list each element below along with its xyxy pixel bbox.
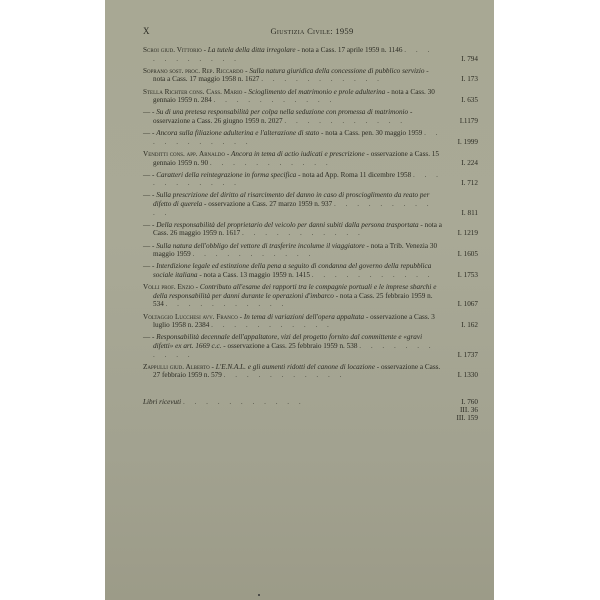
page-title: Giustizia Civile: 1959: [143, 26, 481, 36]
dot-leader: . . . . . . . . . . .: [284, 117, 406, 125]
entry-citation: osservazione a Cass. 27 marzo 1959 n. 93…: [208, 200, 332, 208]
entry-author: Voltaggio Lucchesi avv. Franco: [143, 313, 238, 321]
entry-author: Soprano sost. proc. Rep. Riccardo: [143, 67, 243, 75]
libri-references: I. 760III. 36III. 159: [438, 398, 478, 423]
entry-citation: nota ad App. Roma 11 dicembre 1958: [302, 171, 411, 179]
entry-reference: I. 1067: [438, 300, 478, 309]
running-head: X Giustizia Civile: 1959: [143, 26, 481, 40]
dot-leader: . . . . . . . . . . .: [183, 398, 305, 406]
entry-reference: I. 1330: [438, 371, 478, 380]
entry-subject: Caratteri della reintegrazione in forma …: [156, 171, 296, 179]
index-entry: Zappulli giud. Alberto - L'E.N.A.L. e gl…: [143, 363, 478, 380]
index-entry: — - Interdizione legale ed estinzione de…: [143, 262, 478, 279]
index-entry: Venditti cons. app. Arnaldo - Ancora in …: [143, 150, 478, 167]
entry-reference: I. 811: [438, 209, 478, 218]
dot-leader: . . . . . . . . . . .: [312, 271, 434, 279]
index-entry: Scroi giud. Vittorio - La tutela della d…: [143, 46, 478, 63]
separator: -: [408, 108, 412, 116]
index-entry: Volli prof. Enzio - Contributo all'esame…: [143, 283, 478, 309]
entry-subject: Sulla natura dell'obbligo del vettore di…: [156, 242, 365, 250]
entry-citation: osservazione a Cass. 26 giugno 1959 n. 2…: [153, 117, 283, 125]
entry-reference: I. 1999: [438, 138, 478, 147]
entry-citation: nota a Cass. 17 aprile 1959 n. 1146: [302, 46, 403, 54]
libri-label: Libri ricevuti: [143, 398, 181, 406]
entry-subject: Ancora in tema di actio iudicati e presc…: [231, 150, 365, 158]
entry-subject: La tutela della ditta irregolare: [208, 46, 296, 54]
entry-reference: I. 162: [438, 321, 478, 330]
index-entry: — - Caratteri della reintegrazione in fo…: [143, 171, 478, 188]
entry-author: Volli prof. Enzio: [143, 283, 194, 291]
index-entry: — - Ancora sulla filiazione adulterina e…: [143, 129, 478, 146]
entry-subject: Su di una pretesa responsabilità per col…: [156, 108, 408, 116]
entry-citation: osservazione a Cass. 25 febbraio 1959 n.…: [227, 342, 357, 350]
entry-author: Venditti cons. app. Arnaldo: [143, 150, 225, 158]
entry-subject: In tema di variazioni dell'opera appalta…: [244, 313, 364, 321]
dot-leader: . . . . . . . . . . .: [211, 321, 333, 329]
entry-author: Scroi giud. Vittorio: [143, 46, 202, 54]
index-entry: — - Responsabilità decennale dell'appalt…: [143, 333, 478, 359]
index-entry: Soprano sost. proc. Rep. Riccardo - Sull…: [143, 67, 478, 84]
entry-reference: I. 794: [438, 55, 478, 64]
entry-author: Zappulli giud. Alberto: [143, 363, 210, 371]
entry-reference: I. 1219: [438, 229, 478, 238]
book-page: X Giustizia Civile: 1959 Scroi giud. Vit…: [105, 0, 494, 600]
index-entry: — - Sulla prescrizione del diritto al ri…: [143, 191, 478, 217]
dot-leader: . . . . . . . . . . .: [210, 159, 332, 167]
dot-leader: . . . . . . . . . . .: [224, 371, 346, 379]
index-entry: — - Su di una pretesa responsabilità per…: [143, 108, 478, 125]
libri-reference: III. 159: [438, 414, 478, 422]
libri-reference: I. 760: [438, 398, 478, 406]
entry-reference: I. 173: [438, 75, 478, 84]
dot-leader: . . . . . . . . . . .: [261, 75, 383, 83]
index-entry: Stella Richter cons. Cass. Mario - Sciog…: [143, 88, 478, 105]
entry-citation: nota a Cass. 17 maggio 1958 n. 1627: [153, 75, 259, 83]
dot-leader: . . . . . . . . . . .: [193, 250, 315, 258]
entry-citation: nota a Cass. 13 maggio 1959 n. 1415: [204, 271, 310, 279]
dot-leader: . . . . . . . . . . .: [166, 300, 288, 308]
dot-leader: . . . . . . . . . . .: [214, 96, 336, 104]
entry-author: Stella Richter cons. Cass. Mario: [143, 88, 242, 96]
entry-reference: I. 1753: [438, 271, 478, 280]
libri-reference: III. 36: [438, 406, 478, 414]
entry-reference: I. 1605: [438, 250, 478, 259]
entry-reference: I. 712: [438, 179, 478, 188]
entry-subject: Scioglimento del matrimonio e prole adul…: [248, 88, 385, 96]
libri-ricevuti-entry: Libri ricevuti . . . . . . . . . . .I. 7…: [143, 398, 478, 406]
entry-reference: I. 1737: [438, 351, 478, 360]
entry-citation: nota a Cass. pen. 30 maggio 1959: [325, 129, 422, 137]
entry-reference: I. 224: [438, 159, 478, 168]
page-mark: [258, 594, 260, 596]
entry-subject: L'E.N.A.L. e gli aumenti ridotti del can…: [216, 363, 375, 371]
index-entries: Scroi giud. Vittorio - La tutela della d…: [143, 46, 478, 406]
index-entry: — - Sulla natura dell'obbligo del vettor…: [143, 242, 478, 259]
entry-subject: Sulla natura giuridica della concessione…: [249, 67, 424, 75]
separator: -: [424, 67, 428, 75]
dot-leader: . . . . . . . . . . .: [242, 229, 364, 237]
entry-subject: Ancora sulla filiazione adulterina e l'a…: [156, 129, 319, 137]
entry-reference: I. 635: [438, 96, 478, 105]
entry-subject: Della responsabilità del proprietario de…: [156, 221, 418, 229]
index-entry: Voltaggio Lucchesi avv. Franco - In tema…: [143, 313, 478, 330]
entry-reference: I.1179: [438, 117, 478, 126]
index-entry: — - Della responsabilità del proprietari…: [143, 221, 478, 238]
